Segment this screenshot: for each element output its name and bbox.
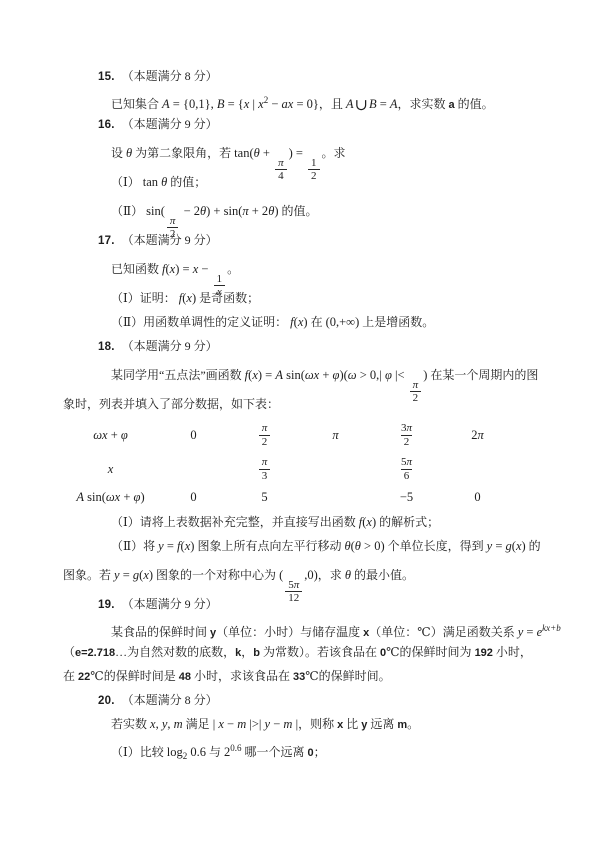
text-segment: （Ⅱ） (111, 204, 146, 218)
text-segment: 为常数）。若该食品在 (260, 645, 380, 659)
text-segment: |< (392, 368, 408, 382)
table-cell: π2 (229, 418, 300, 452)
problem-score-title: （本题满分 9 分） (122, 117, 218, 131)
fraction: 3π2 (398, 422, 415, 447)
text-segment: 图象。若 (63, 568, 114, 582)
text-segment: 0 (190, 490, 196, 505)
five-point-table: ωx + φ0π2π3π22πxπ35π6A sin(ωx + φ)05−50 (63, 418, 570, 508)
text-segment: 0 (474, 490, 480, 505)
fraction: π3 (259, 456, 271, 481)
text-segment: 为第二象限角，若 (132, 146, 234, 160)
text-segment: （Ⅰ）请将上表数据补充完整，并直接写出函数 (111, 515, 359, 529)
text-segment: = (492, 539, 505, 553)
problem-20: 20.（本题满分 8 分）若实数 x, y, m 满足 | x − m |>| … (63, 688, 570, 760)
problem-line: （Ⅱ）用函数单调性的定义证明： f(x) 在 (0,+∞) 上是增函数。 (63, 310, 570, 334)
text-segment: = (377, 97, 390, 111)
text-segment: 6 (404, 470, 410, 482)
problem-header: 16.（本题满分 9 分） (63, 112, 570, 136)
text-segment: 设 (111, 146, 126, 160)
text-segment: （Ⅱ）用函数单调性的定义证明： (111, 315, 290, 329)
text-segment: − (268, 97, 281, 111)
text-segment: ,0) (304, 568, 318, 582)
text-segment: log (167, 745, 183, 759)
text-segment: 象时，列表并填入了部分数据，如下表： (63, 397, 279, 411)
text-segment: ，且 (319, 97, 346, 111)
text-segment: ； (314, 745, 326, 759)
text-segment: A (76, 490, 84, 505)
table-cell (442, 452, 513, 486)
fraction-denominator: 2 (259, 435, 271, 448)
table-cell: −5 (371, 486, 442, 508)
text-segment: = 0} (293, 97, 319, 111)
fraction: 12 (308, 157, 320, 182)
text-segment: + (260, 146, 273, 160)
text-segment: 远离 (367, 717, 397, 731)
text-segment: ℃的保鲜时间为 (386, 645, 474, 659)
text-segment: | (249, 97, 258, 111)
text-segment: sin( (84, 490, 106, 505)
text-segment: B (369, 97, 377, 111)
text-segment: 的值。 (279, 204, 318, 218)
text-segment: （ (63, 645, 75, 659)
problem-19: 19.（本题满分 9 分）某食品的保鲜时间 y（单位：小时）与储存温度 x（单位… (63, 592, 570, 688)
problem-line: 某食品的保鲜时间 y（单位：小时）与储存温度 x（单位：℃）满足函数关系 y =… (63, 616, 570, 640)
text-segment: 在 (63, 669, 78, 683)
text-segment: 。 (407, 717, 419, 731)
text-segment: 已知函数 (111, 262, 162, 276)
problem-number: 15. (98, 71, 115, 83)
text-segment: 0.6 (187, 745, 206, 759)
text-segment: + (120, 490, 133, 505)
table-cell: 0 (158, 418, 229, 452)
text-segment: m (237, 717, 246, 731)
text-segment: （单位：℃）满足函数关系 (369, 625, 517, 639)
text-segment: 33 (293, 671, 305, 683)
text-segment: π (262, 456, 268, 468)
text-segment: 已知集合 (111, 97, 162, 111)
text-segment: ) (140, 490, 144, 505)
text-segment: 某同学用“五点法”画函数 (111, 368, 245, 382)
problem-17: 17.（本题满分 9 分）已知函数 f(x) = x − 1x。（Ⅰ）证明： f… (63, 228, 570, 334)
text-segment: π (294, 579, 300, 591)
text-segment: A (275, 368, 283, 382)
table-cell: A sin(ωx + φ) (63, 486, 158, 508)
text-segment: > 0) (361, 539, 385, 553)
text-segment: …为自然对数的底数， (115, 645, 235, 659)
table-cell: 5π6 (371, 452, 442, 486)
problem-line: 若实数 x, y, m 满足 | x − m |>| y − m |，则称 x … (63, 712, 570, 736)
table-cell (300, 452, 371, 486)
text-segment: 22 (78, 671, 90, 683)
problem-list: 15.（本题满分 8 分）已知集合 A = {0,1}, B = {x | x2… (63, 64, 570, 760)
text-segment: 与 (206, 745, 224, 759)
text-segment: (0,+∞) (326, 315, 360, 329)
text-segment: 某食品的保鲜时间 (111, 625, 210, 639)
text-segment: ，则称 (298, 717, 337, 731)
text-segment: 192 (475, 647, 493, 659)
text-segment: ωx (93, 428, 107, 443)
problem-line: 象时，列表并填入了部分数据，如下表： (63, 392, 570, 416)
text-segment: ℃的保鲜时间。 (305, 669, 390, 683)
text-segment: （Ⅰ） (111, 175, 143, 189)
problem-header: 15.（本题满分 8 分） (63, 64, 570, 88)
text-segment: 的值。 (455, 97, 494, 111)
text-segment: ) = (175, 262, 192, 276)
text-segment: ，求 (318, 568, 345, 582)
text-segment: 2 (404, 436, 410, 448)
problem-line: 图象。若 y = g(x) 图象的一个对称中心为 (5π12,0)，求 θ 的最… (63, 558, 570, 592)
fraction-numerator: π (275, 157, 287, 169)
text-segment: π (262, 422, 268, 434)
problem-line: 在 22℃的保鲜时间是 48 小时，求该食品在 33℃的保鲜时间。 (63, 664, 570, 688)
text-segment: 上是增函数。 (359, 315, 434, 329)
problem-score-title: （本题满分 8 分） (122, 69, 218, 83)
problem-line: （e=2.718…为自然对数的底数，k，b 为常数）。若该食品在 0℃的保鲜时间… (63, 640, 570, 664)
problem-16: 16.（本题满分 9 分）设 θ 为第二象限角，若 tan(θ + π4) = … (63, 112, 570, 228)
problem-18: 18.（本题满分 9 分）某同学用“五点法”画函数 f(x) = A sin(ω… (63, 334, 570, 592)
text-segment: − (198, 262, 211, 276)
table-cell: x (63, 452, 158, 486)
text-segment: sin( (283, 368, 305, 382)
text-segment: ωx (305, 368, 319, 382)
text-segment: 小时，求该食品在 (191, 669, 293, 683)
table-cell: 2π (442, 418, 513, 452)
problem-line: （Ⅱ） sin(π2 − 2θ) + sin(π + 2θ) 的值。 (63, 194, 570, 228)
text-segment: 4 (278, 170, 284, 182)
problem-line: （Ⅱ）将 y = f(x) 图象上所有点向左平行移动 θ(θ > 0) 个单位长… (63, 534, 570, 558)
text-segment: > 0,| (357, 368, 385, 382)
fraction-numerator: π (259, 456, 271, 468)
text-segment: 12 (288, 592, 299, 604)
fraction-denominator: 2 (401, 435, 413, 448)
fraction-denominator: 6 (401, 469, 413, 482)
text-segment: ∪ (355, 97, 368, 114)
text-segment: （Ⅰ）比较 (111, 745, 167, 759)
problem-line: 设 θ 为第二象限角，若 tan(θ + π4) = 12。求 (63, 136, 570, 170)
text-segment: φ (134, 490, 141, 505)
table-cell (158, 452, 229, 486)
text-segment: e=2.718 (75, 647, 115, 659)
fraction: 5π12 (285, 579, 302, 604)
text-segment: A (162, 97, 170, 111)
problem-line: 已知函数 f(x) = x − 1x。 (63, 252, 570, 286)
table-cell: π (300, 418, 371, 452)
text-segment: 2 (413, 392, 419, 404)
table-cell: 5 (229, 486, 300, 508)
text-segment: 。求 (322, 146, 346, 160)
problem-score-title: （本题满分 9 分） (122, 339, 218, 353)
text-segment: 的值； (167, 175, 206, 189)
text-segment: 小时， (493, 645, 532, 659)
problem-number: 18. (98, 341, 115, 353)
problem-number: 17. (98, 235, 115, 247)
text-segment: ，求实数 (398, 97, 449, 111)
fraction-numerator: π (259, 422, 271, 434)
text-segment: 3 (262, 470, 268, 482)
text-segment: 图象上所有点向左平行移动 (194, 539, 344, 553)
problem-score-title: （本题满分 9 分） (122, 597, 218, 611)
text-segment: 2 (311, 170, 317, 182)
text-segment: π (406, 422, 412, 434)
text-segment: 哪一个远离 (242, 745, 308, 759)
text-segment: 的解析式； (376, 515, 439, 529)
fraction-denominator: 4 (275, 169, 287, 182)
text-segment: = (120, 568, 133, 582)
text-segment: 若实数 (111, 717, 150, 731)
text-segment: |>| (246, 717, 264, 731)
text-segment: 0 (190, 428, 196, 443)
text-segment: （Ⅱ）将 (111, 539, 158, 553)
text-segment: 满足 (183, 717, 213, 731)
text-segment: = { (224, 97, 243, 111)
fraction-numerator: 3π (398, 422, 415, 434)
fraction: π2 (259, 422, 271, 447)
text-segment: π (406, 456, 412, 468)
text-segment: ) = (289, 146, 306, 160)
text-segment: 2 (262, 436, 268, 448)
text-segment: ) + sin( (206, 204, 242, 218)
text-segment: tan (143, 175, 161, 189)
text-segment: 48 (179, 671, 191, 683)
text-segment: A (346, 97, 354, 111)
text-segment: 在 (308, 315, 326, 329)
text-segment: − 2 (180, 204, 200, 218)
exam-page: 15.（本题满分 8 分）已知集合 A = {0,1}, B = {x | x2… (0, 0, 600, 848)
text-segment: ( (279, 568, 283, 582)
problem-number: 19. (98, 599, 115, 611)
problem-number: 16. (98, 119, 115, 131)
table-cell: ωx + φ (63, 418, 158, 452)
text-segment: + (108, 428, 121, 443)
fraction-numerator: 5π (398, 456, 415, 468)
fraction-numerator: π (410, 379, 422, 391)
problem-header: 19.（本题满分 9 分） (63, 592, 570, 616)
text-segment: （Ⅰ）证明： (111, 291, 179, 305)
table-cell (300, 486, 371, 508)
fraction-denominator: 2 (410, 391, 422, 404)
text-segment: 是奇函数； (196, 291, 259, 305)
text-segment: b (253, 647, 260, 659)
text-segment: + (319, 368, 332, 382)
text-segment: φ (385, 368, 392, 382)
problem-header: 20.（本题满分 8 分） (63, 688, 570, 712)
problem-header: 18.（本题满分 9 分） (63, 334, 570, 358)
problem-15: 15.（本题满分 8 分）已知集合 A = {0,1}, B = {x | x2… (63, 64, 570, 112)
text-segment: φ (121, 428, 128, 443)
text-segment: π (278, 157, 284, 169)
problem-score-title: （本题满分 8 分） (122, 693, 218, 707)
text-segment: = (523, 625, 536, 639)
fraction: π2 (410, 379, 422, 404)
fraction-denominator: 12 (285, 591, 302, 604)
text-segment: 的最小值。 (351, 568, 414, 582)
text-segment: ω (348, 368, 357, 382)
text-segment: π (413, 379, 419, 391)
text-segment: π (170, 215, 176, 227)
text-segment: )( (339, 368, 347, 382)
text-segment: + 2 (249, 204, 269, 218)
text-segment: m (397, 719, 407, 731)
text-segment: ℃的保鲜时间是 (90, 669, 178, 683)
text-segment: 比 (343, 717, 361, 731)
text-segment: π (332, 428, 338, 443)
problem-line: （Ⅰ）比较 log2 0.6 与 20.6 哪一个远离 0； (63, 736, 570, 760)
text-segment: − (224, 717, 237, 731)
text-segment: 1 (311, 157, 317, 169)
fraction-numerator: 5π (285, 579, 302, 591)
problem-line: （Ⅰ）证明： f(x) 是奇函数； (63, 286, 570, 310)
text-segment: 在某一个周期内的图 (427, 368, 538, 382)
table-cell: 3π2 (371, 418, 442, 452)
text-segment: tan( (234, 146, 253, 160)
fraction: 5π6 (398, 456, 415, 481)
text-segment: ax (282, 97, 294, 111)
text-segment: A (390, 97, 398, 111)
text-segment: 。 (227, 262, 239, 276)
fraction: π4 (275, 157, 287, 182)
fraction-numerator: π (167, 215, 179, 227)
fraction-numerator: 1 (214, 273, 226, 285)
text-segment: 0.6 (230, 743, 241, 753)
text-segment: −5 (400, 490, 413, 505)
text-segment: ωx (106, 490, 120, 505)
text-segment: 的 (526, 539, 541, 553)
problem-number: 20. (98, 695, 115, 707)
problem-score-title: （本题满分 9 分） (122, 233, 218, 247)
text-segment: 图象的一个对称中心为 (153, 568, 279, 582)
fraction-numerator: 1 (308, 157, 320, 169)
text-segment: （单位：小时）与储存温度 (216, 625, 363, 639)
problem-header: 17.（本题满分 9 分） (63, 228, 570, 252)
text-segment: kx+b (542, 623, 561, 633)
text-segment: π (477, 428, 483, 443)
text-segment: = (164, 539, 177, 553)
table-cell: 0 (158, 486, 229, 508)
table-cell: 0 (442, 486, 513, 508)
problem-line: 已知集合 A = {0,1}, B = {x | x2 − ax = 0}，且 … (63, 88, 570, 112)
text-segment: m (174, 717, 183, 731)
text-segment: sin( (146, 204, 165, 218)
fraction-denominator: 3 (259, 469, 271, 482)
fraction-denominator: 2 (308, 169, 320, 182)
text-segment: ， (241, 645, 253, 659)
problem-line: 某同学用“五点法”画函数 f(x) = A sin(ωx + φ)(ω > 0,… (63, 358, 570, 392)
text-segment: ) = (258, 368, 275, 382)
text-segment: 5 (261, 490, 267, 505)
text-segment: x (108, 462, 114, 477)
text-segment: 1 (217, 273, 223, 285)
text-segment: = {0,1}, (170, 97, 217, 111)
problem-line: （Ⅰ）请将上表数据补充完整，并直接写出函数 f(x) 的解析式； (63, 510, 570, 534)
text-segment: − (270, 717, 283, 731)
text-segment: 个单位长度，得到 (385, 539, 487, 553)
table-cell: π3 (229, 452, 300, 486)
